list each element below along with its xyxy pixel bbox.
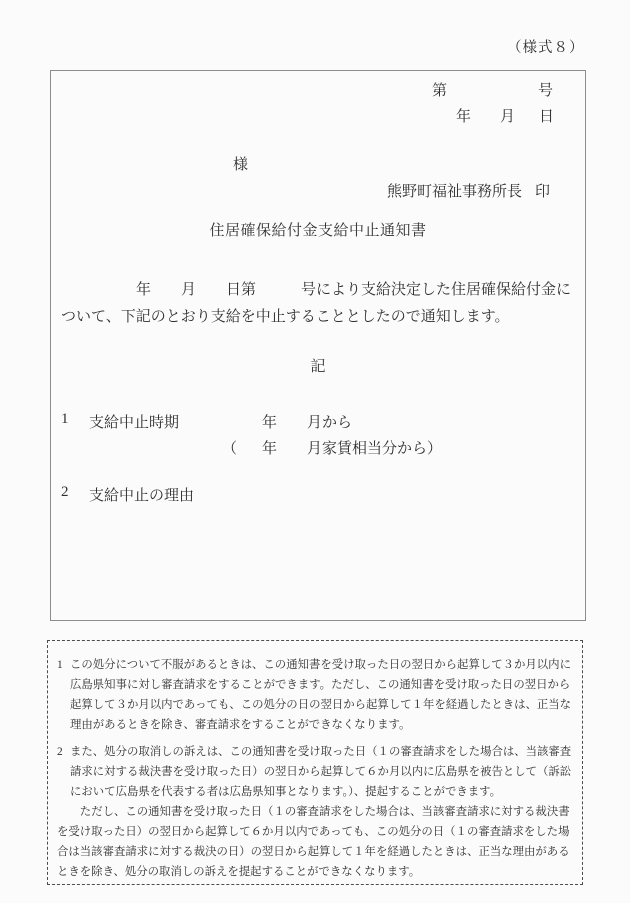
item1-label: 支給中止時期 bbox=[89, 411, 179, 432]
item2-label: 支給中止の理由 bbox=[89, 484, 194, 505]
item1-paren-open: （ bbox=[222, 437, 237, 458]
issuer-seal-mark: 印 bbox=[535, 180, 550, 201]
note1-text: この処分について不服があるときは、この通知書を受け取った日の翌日から起算して３か… bbox=[70, 655, 572, 735]
issuer-name: 熊野町福祉事務所長 bbox=[387, 180, 522, 201]
date-year-label: 年 bbox=[456, 105, 471, 126]
item1-paren-month-text: 月家賃相当分から） bbox=[307, 437, 442, 458]
form-style-label: （様式８） bbox=[507, 36, 585, 57]
note2-number: 2 bbox=[57, 742, 70, 802]
note1-number: 1 bbox=[57, 655, 70, 735]
item1-period-year: 年 bbox=[262, 411, 277, 432]
date-day-label: 日 bbox=[539, 105, 554, 126]
doc-number-prefix: 第 bbox=[432, 79, 447, 100]
item1-paren-year: 年 bbox=[262, 437, 277, 458]
document-title: 住居確保給付金支給中止通知書 bbox=[51, 219, 585, 240]
item2-number: 2 bbox=[61, 484, 69, 501]
doc-number-suffix: 号 bbox=[538, 79, 553, 100]
item1-number: 1 bbox=[61, 411, 69, 428]
notice-form-box: 第 号 年 月 日 様 熊野町福祉事務所長 印 住居確保給付金支給中止通知書 年… bbox=[50, 70, 586, 621]
date-month-label: 月 bbox=[500, 105, 515, 126]
document-page: （様式８） 第 号 年 月 日 様 熊野町福祉事務所長 印 住居確保給付金支給中… bbox=[0, 0, 630, 903]
note2-text: また、処分の取消しの訴えは、この通知書を受け取った日（１の審査請求をした場合は、… bbox=[70, 742, 572, 802]
appeal-notes-box: 1 この処分について不服があるときは、この通知書を受け取った日の翌日から起算して… bbox=[47, 640, 583, 885]
note-item-1: 1 この処分について不服があるときは、この通知書を受け取った日の翌日から起算して… bbox=[57, 655, 572, 735]
notice-body-paragraph: 年 月 日第 号により支給決定した住居確保給付金について、下記のとおり支給を中止… bbox=[61, 277, 581, 331]
note2-text-continued: ただし、この通知書を受け取った日（１の審査請求をした場合は、当該審査請求に対する… bbox=[57, 802, 572, 882]
record-mark: 記 bbox=[51, 355, 585, 376]
item1-period-month-from: 月から bbox=[307, 411, 352, 432]
recipient-honorific: 様 bbox=[233, 153, 248, 174]
note-item-2: 2 また、処分の取消しの訴えは、この通知書を受け取った日（１の審査請求をした場合… bbox=[57, 742, 572, 882]
